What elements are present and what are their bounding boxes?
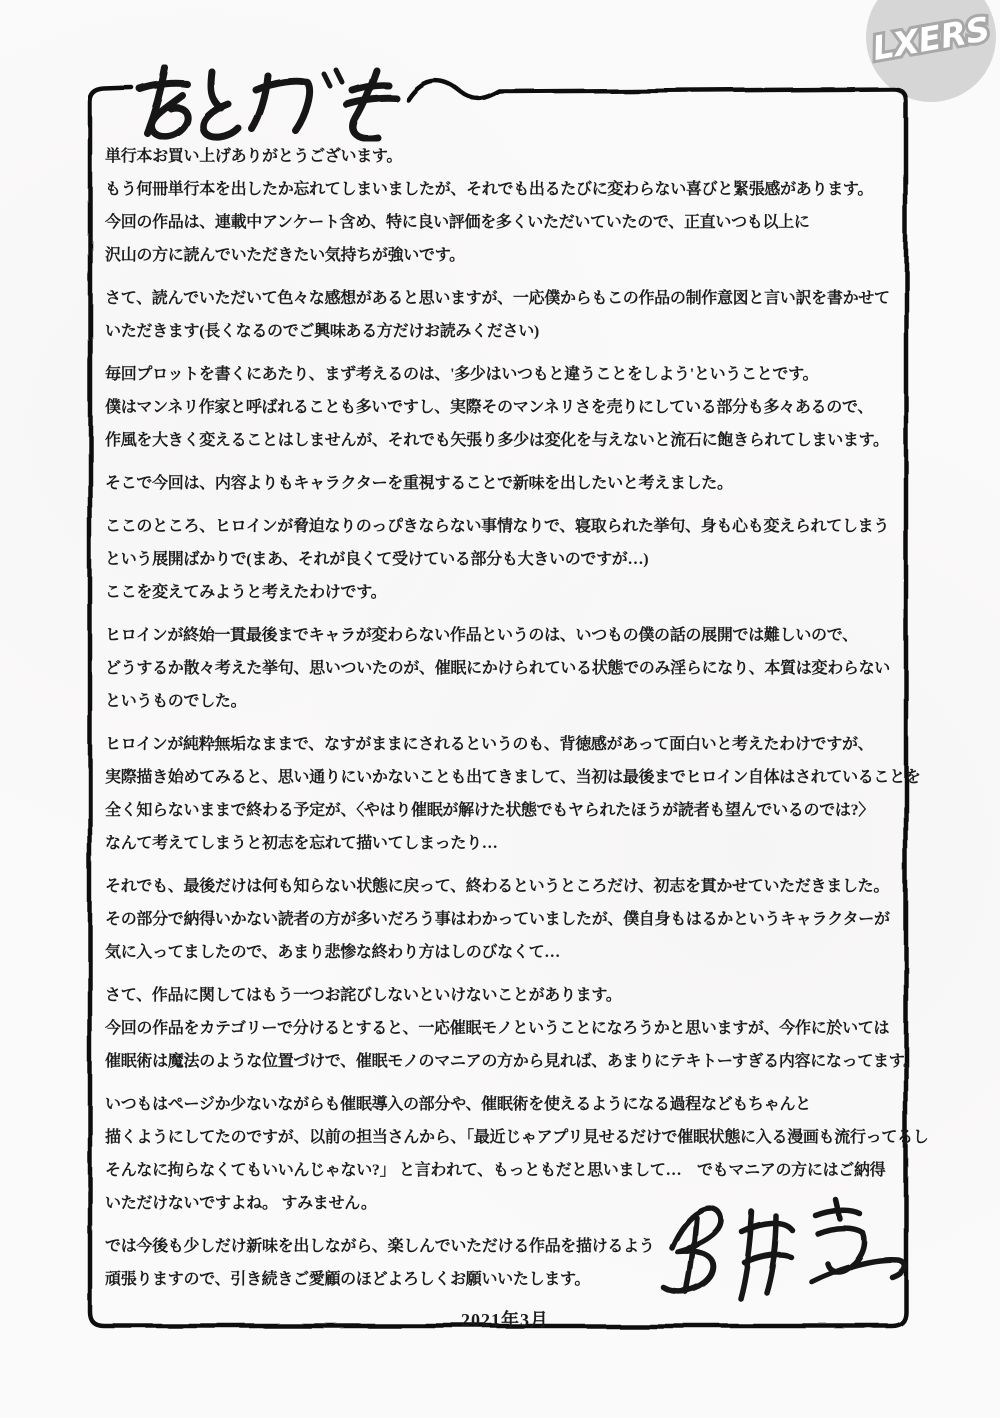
body-text-line: 実際描き始めてみると、思い通りにいかないことも出てきまして、当初は最後までヒロイ… (105, 761, 905, 794)
body-text-line: 毎回プロットを書くにあたり、まず考えるのは、'多少はいつもと違うことをしよう'と… (105, 358, 905, 391)
watermark-label-art: LXERS (866, 0, 996, 102)
paragraph: それでも、最後だけは何も知らない状態に戻って、終わるというところだけ、初志を貫か… (105, 870, 905, 969)
body-text-line: ここのところ、ヒロインが脅迫なりのっぴきならない事情なりで、寝取られた挙句、身も… (105, 510, 905, 543)
paragraph: 単行本お買い上げありがとうございます。もう何冊単行本を出したか忘れてしまいました… (105, 140, 905, 272)
body-text-line: 催眠術は魔法のような位置づけで、催眠モノのマニアの方から見れば、あまりにテキトー… (105, 1045, 905, 1078)
afterword-page: LXERS (0, 0, 1000, 1418)
body-text-line: それでも、最後だけは何も知らない状態に戻って、終わるというところだけ、初志を貫か… (105, 870, 905, 903)
body-text-line: そんなに拘らなくてもいいんじゃない?」 と言われて、もっともだと思いまして… で… (105, 1154, 905, 1187)
paragraph: そこで今回は、内容よりもキャラクターを重視することで新味を出したいと考えました。 (105, 467, 905, 500)
body-text-line: どうするか散々考えた挙句、思いついたのが、催眠にかけられている状態でのみ淫らにな… (105, 652, 905, 685)
body-text-line: 今回の作品をカテゴリーで分けるとすると、一応催眠モノということになろうかと思いま… (105, 1012, 905, 1045)
body-text-line: もう何冊単行本を出したか忘れてしまいましたが、それでも出るたびに変わらない喜びと… (105, 173, 905, 206)
body-text-line: 沢山の方に読んでいただきたい気持ちが強いです。 (105, 239, 905, 272)
body-text-line: ここを変えてみようと考えたわけです。 (105, 576, 905, 609)
paragraph: さて、読んでいただいて色々な感想があると思いますが、一応僕からもこの作品の制作意… (105, 282, 905, 348)
afterword-body: 単行本お買い上げありがとうございます。もう何冊単行本を出したか忘れてしまいました… (105, 140, 905, 1332)
body-text-line: 今回の作品は、連載中アンケート含め、特に良い評価を多くいただいていたので、正直い… (105, 206, 905, 239)
date-line: 2021年3月 (105, 1306, 905, 1332)
body-text-line: 気に入ってましたので、あまり悲惨な終わり方はしのびなくて… (105, 936, 905, 969)
page-title: あとがき (0, 0, 1, 1)
title-handwriting (140, 68, 396, 138)
paragraph: ヒロインが純粋無垢なままで、なすがままにされるというのも、背徳感があって面白いと… (105, 728, 905, 860)
body-text-line: さて、読んでいただいて色々な感想があると思いますが、一応僕からもこの作品の制作意… (105, 282, 905, 315)
body-text-line: ヒロインが終始一貫最後までキャラが変わらない作品というのは、いつもの僕の話の展開… (105, 619, 905, 652)
body-text-line: 頑張りますので、引き続きご愛顧のほどよろしくお願いいたします。 (105, 1263, 905, 1296)
body-text-line: 描くようにしてたのですが、以前の担当さんから、「最近じゃアプリ見せるだけで催眠状… (105, 1121, 905, 1154)
body-text-line: というものでした。 (105, 685, 905, 718)
body-text-line: ヒロインが純粋無垢なままで、なすがままにされるというのも、背徳感があって面白いと… (105, 728, 905, 761)
body-text-line: 全く知らないままで終わる予定が、〈やはり催眠が解けた状態でもヤられたほうが読者も… (105, 794, 905, 827)
paragraph-list: 単行本お買い上げありがとうございます。もう何冊単行本を出したか忘れてしまいました… (105, 140, 905, 1296)
body-text-line: では今後も少しだけ新味を出しながら、楽しんでいただける作品を描けるよう (105, 1230, 905, 1263)
body-text-line: いつもはページか少ないながらも催眠導入の部分や、催眠術を使えるようになる過程など… (105, 1088, 905, 1121)
watermark-text: LXERS (869, 9, 992, 68)
body-text-line: さて、作品に関してはもう一つお詫びしないといけないことがあります。 (105, 979, 905, 1012)
body-text-line: 単行本お買い上げありがとうございます。 (105, 140, 905, 173)
body-text-line: 作風を大きく変えることはしませんが、それでも矢張り多少は変化を与えないと流石に飽… (105, 424, 905, 457)
paragraph: では今後も少しだけ新味を出しながら、楽しんでいただける作品を描けるよう頑張ります… (105, 1230, 905, 1296)
body-text-line: なんて考えてしまうと初志を忘れて描いてしまったり… (105, 827, 905, 860)
body-text-line: その部分で納得いかない読者の方が多いだろう事はわかっていましたが、僕自身もはるか… (105, 903, 905, 936)
body-text-line: 僕はマンネリ作家と呼ばれることも多いですし、実際そのマンネリさを売りにしている部… (105, 391, 905, 424)
body-text-line: いただけないですよね。 すみません。 (105, 1187, 905, 1220)
paragraph: さて、作品に関してはもう一つお詫びしないといけないことがあります。今回の作品をカ… (105, 979, 905, 1078)
body-text-line: そこで今回は、内容よりもキャラクターを重視することで新味を出したいと考えました。 (105, 467, 905, 500)
body-text-line: という展開ばかりで(まあ、それが良くて受けている部分も大きいのですが…) (105, 543, 905, 576)
watermark-badge: LXERS (866, 0, 996, 102)
paragraph: ここのところ、ヒロインが脅迫なりのっぴきならない事情なりで、寝取られた挙句、身も… (105, 510, 905, 609)
paragraph: ヒロインが終始一貫最後までキャラが変わらない作品というのは、いつもの僕の話の展開… (105, 619, 905, 718)
paragraph: いつもはページか少ないながらも催眠導入の部分や、催眠術を使えるようになる過程など… (105, 1088, 905, 1220)
paragraph: 毎回プロットを書くにあたり、まず考えるのは、'多少はいつもと違うことをしよう'と… (105, 358, 905, 457)
body-text-line: いただきます(長くなるのでご興味ある方だけお読みください) (105, 315, 905, 348)
signature-text: 星野竜一 (0, 0, 1, 1)
